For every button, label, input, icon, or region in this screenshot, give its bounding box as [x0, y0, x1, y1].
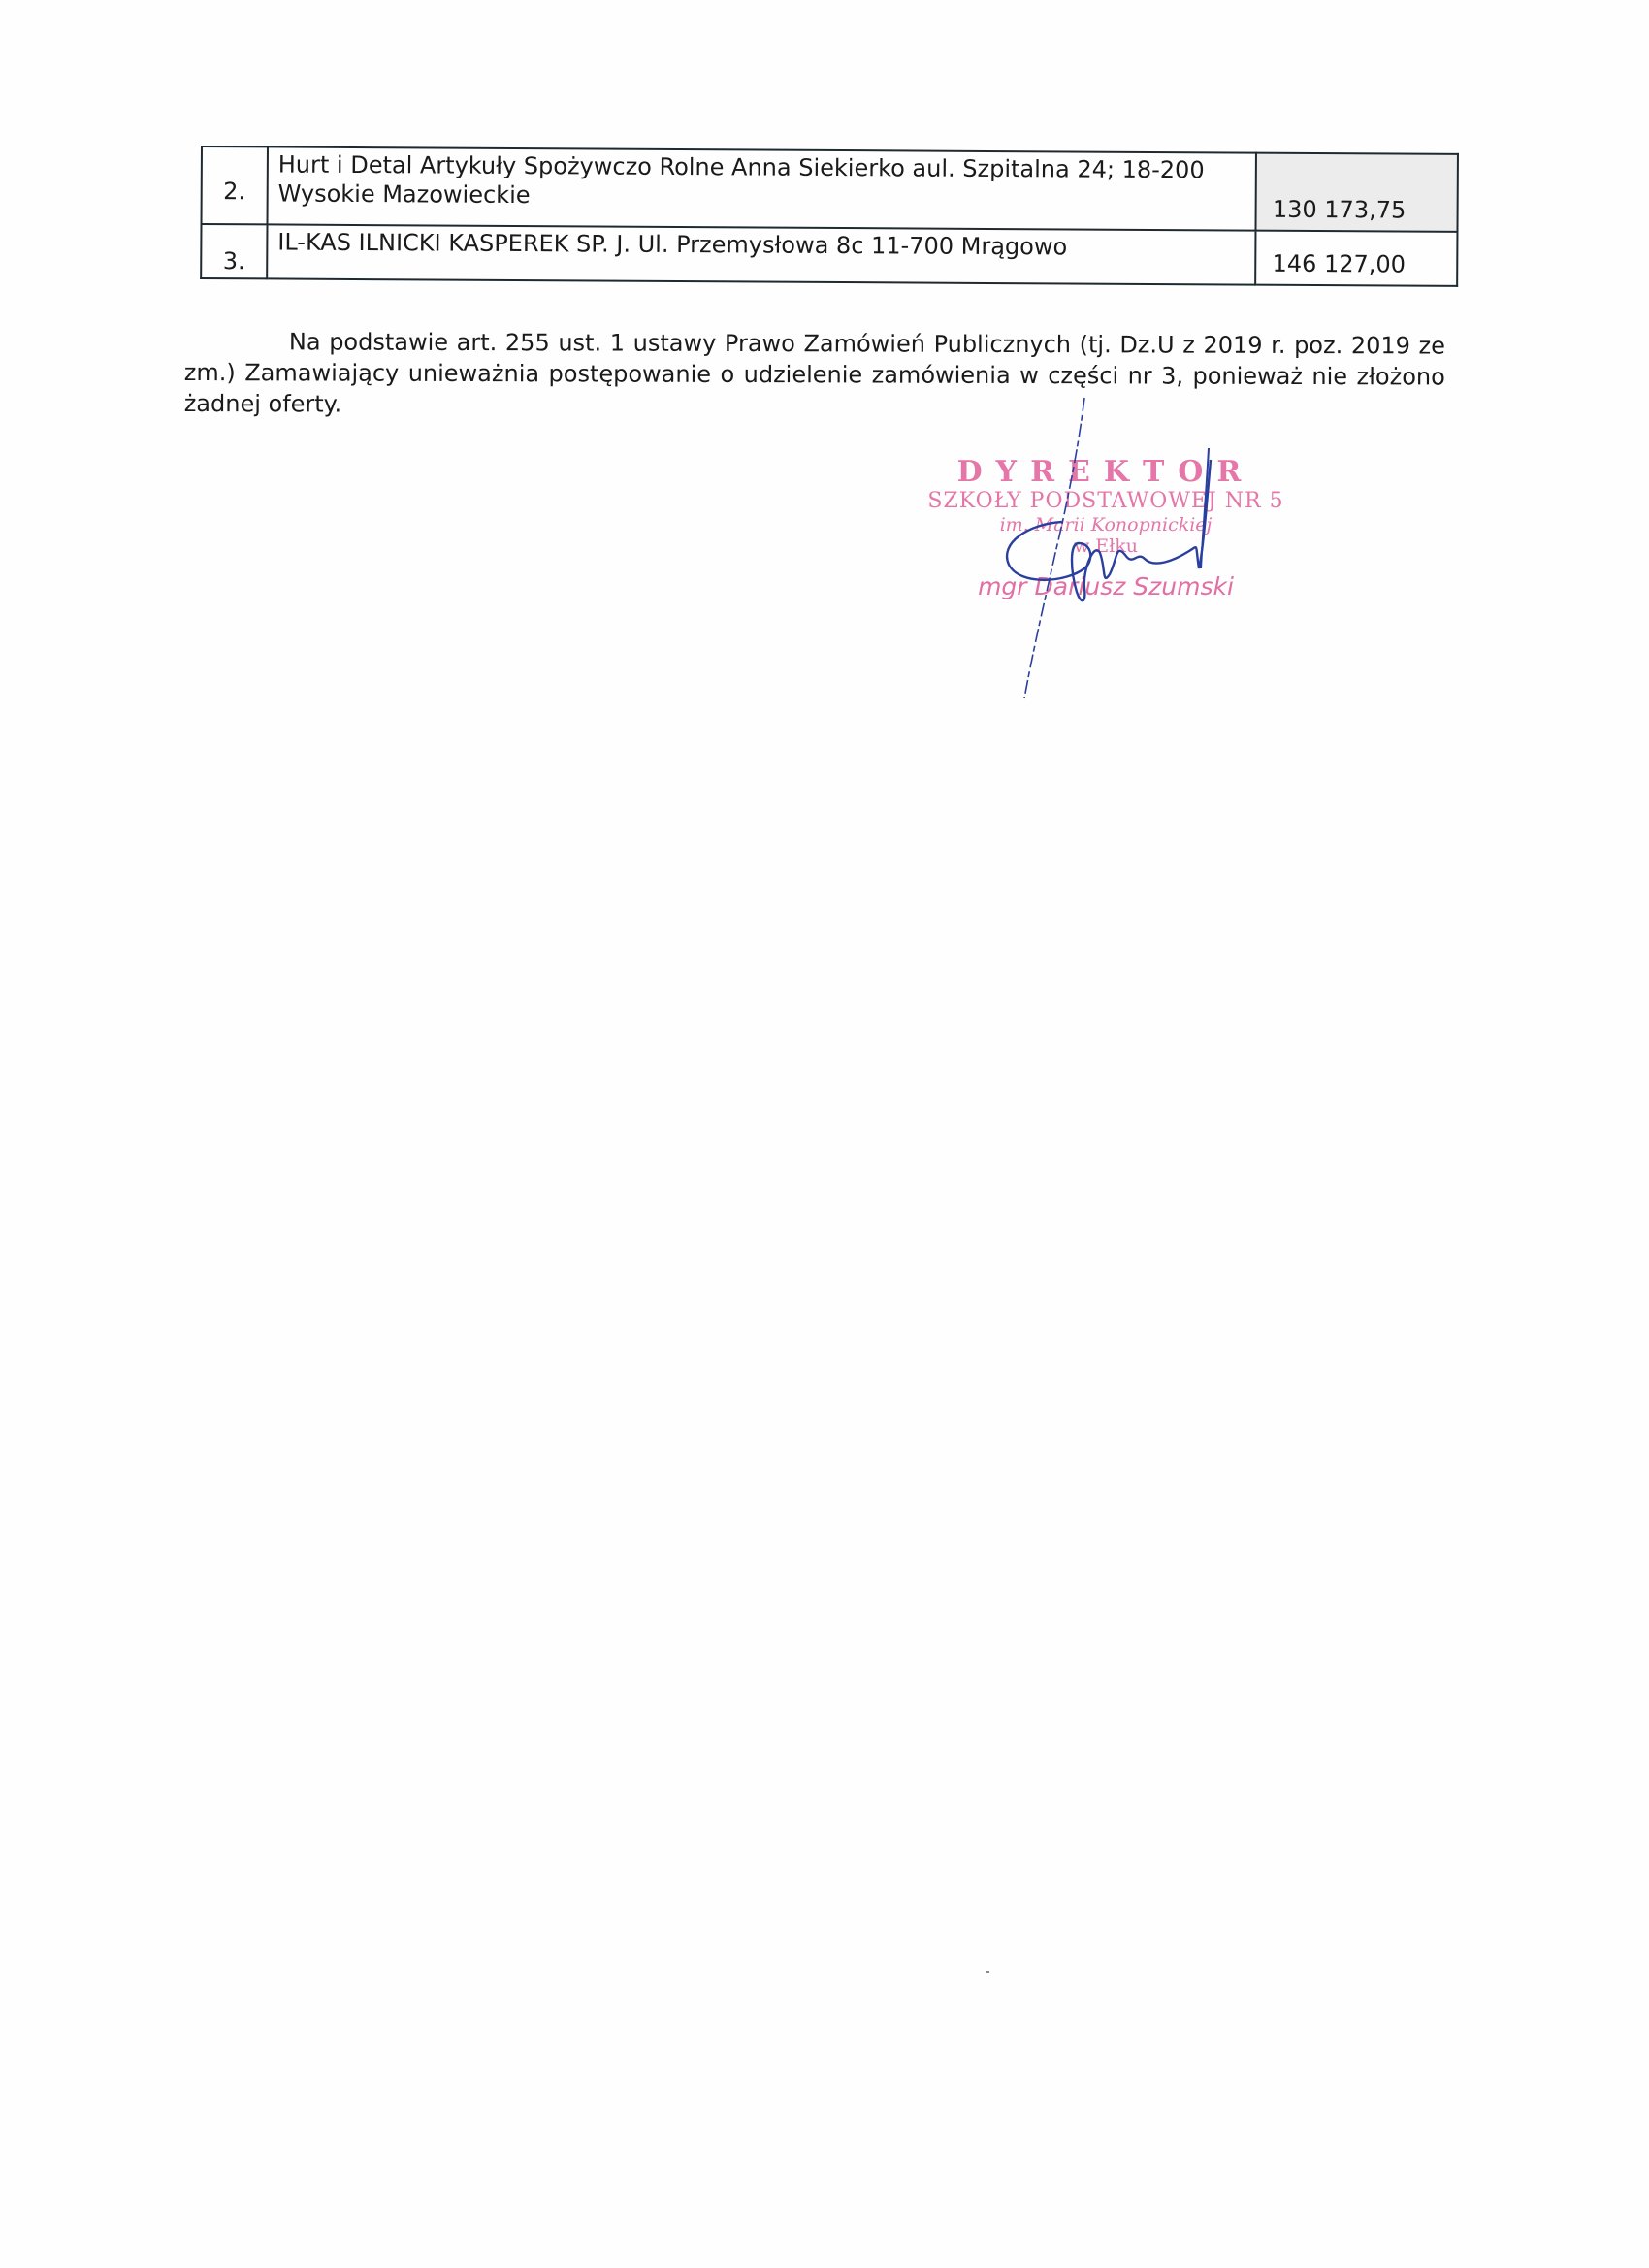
director-stamp: DYREKTOR SZKOŁY PODSTAWOWEJ NR 5 im. Mar…	[892, 456, 1319, 601]
contractor-cell: Hurt i Detal Artykuły Spożywczo Rolne An…	[267, 146, 1256, 230]
legal-paragraph: Na podstawie art. 255 ust. 1 ustawy Praw…	[184, 326, 1445, 424]
stamp-city: w Ełku	[892, 535, 1319, 557]
stamp-title: DYREKTOR	[892, 456, 1319, 489]
table-row: 3. IL-KAS ILNICKI KASPEREK SP. J. Ul. Pr…	[201, 224, 1457, 286]
offers-table: 2. Hurt i Detal Artykuły Spożywczo Rolne…	[200, 146, 1459, 287]
contractor-cell: IL-KAS ILNICKI KASPEREK SP. J. Ul. Przem…	[267, 224, 1256, 284]
stamp-patron: im. Marii Konopnickiej	[892, 514, 1319, 535]
stamp-institution: SZKOŁY PODSTAWOWEJ NR 5	[892, 489, 1319, 514]
row-number: 2.	[202, 146, 268, 224]
amount-cell: 130 173,75	[1256, 153, 1458, 232]
amount-cell: 146 127,00	[1255, 231, 1457, 286]
row-number: 3.	[201, 224, 267, 278]
paragraph-text: Na podstawie art. 255 ust. 1 ustawy Praw…	[184, 328, 1445, 417]
stamp-name: mgr Dariusz Szumski	[892, 572, 1319, 601]
table-row: 2. Hurt i Detal Artykuły Spożywczo Rolne…	[202, 146, 1458, 232]
document-page: 2. Hurt i Detal Artykuły Spożywczo Rolne…	[0, 0, 1649, 2268]
scan-speck	[986, 1971, 989, 1973]
